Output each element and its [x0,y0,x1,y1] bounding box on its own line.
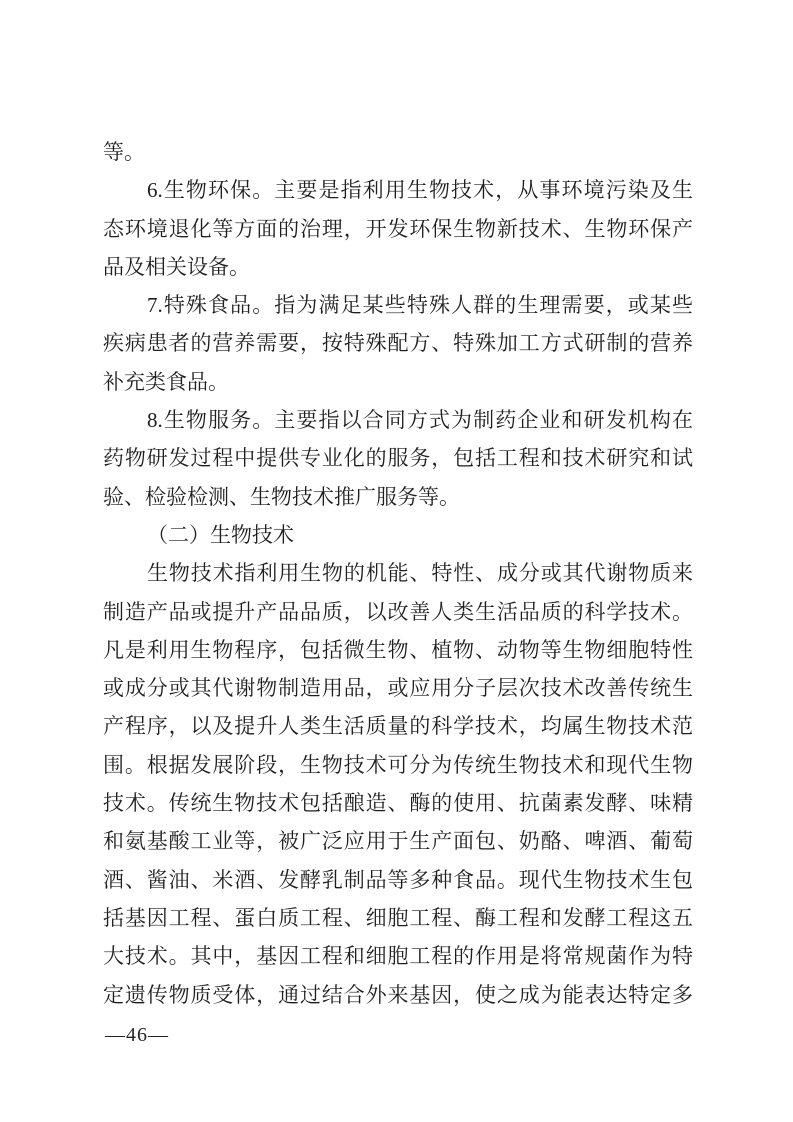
text-line-item-7: 7.特殊食品。指为满足某些特殊人群的生理需要，或某些 [103,286,693,324]
text-line: 制造产品或提升产品品质，以改善人类生活品质的科学技术。 [103,593,693,631]
text-line: 定遗传物质受体，通过结合外来基因，使之成为能表达特定多 [103,976,693,1014]
text-line: 或成分或其代谢物制造用品，或应用分子层次技术改善传统生 [103,669,693,707]
text-line-item-6: 6.生物环保。主要是指利用生物技术，从事环境污染及生 [103,171,693,209]
text-line: 药物研发过程中提供专业化的服务，包括工程和技术研究和试 [103,439,693,477]
text-line: 品及相关设备。 [103,248,693,286]
text-line: 生物技术指利用生物的机能、特性、成分或其代谢物质来 [103,554,693,592]
text-line: 技术。传统生物技术包括酿造、酶的使用、抗菌素发酵、味精 [103,784,693,822]
text-line: 补充类食品。 [103,363,693,401]
text-line: 产程序，以及提升人类生活质量的科学技术，均属生物技术范 [103,707,693,745]
text-line-item-8: 8.生物服务。主要指以合同方式为制药企业和研发机构在 [103,401,693,439]
text-line: 大技术。其中，基因工程和细胞工程的作用是将常规菌作为特 [103,937,693,975]
text-line: 酒、酱油、米酒、发酵乳制品等多种食品。现代生物技术生包 [103,861,693,899]
text-line: 凡是利用生物程序，包括微生物、植物、动物等生物细胞特性 [103,631,693,669]
text-line: 疾病患者的营养需要，按特殊配方、特殊加工方式研制的营养 [103,324,693,362]
page-number: —46— [105,1016,169,1054]
text-line: 围。根据发展阶段，生物技术可分为传统生物技术和现代生物 [103,746,693,784]
text-line: 等。 [103,133,693,171]
document-body: 等。 6.生物环保。主要是指利用生物技术，从事环境污染及生 态环境退化等方面的治… [103,133,693,1014]
text-line: 和氨基酸工业等，被广泛应用于生产面包、奶酪、啤酒、葡萄 [103,822,693,860]
text-line: 验、检验检测、生物技术推广服务等。 [103,478,693,516]
text-line: 态环境退化等方面的治理，开发环保生物新技术、生物环保产 [103,210,693,248]
document-page: 等。 6.生物环保。主要是指利用生物技术，从事环境污染及生 态环境退化等方面的治… [0,0,793,1122]
text-line: 括基因工程、蛋白质工程、细胞工程、酶工程和发酵工程这五 [103,899,693,937]
section-heading: （二）生物技术 [103,516,693,554]
